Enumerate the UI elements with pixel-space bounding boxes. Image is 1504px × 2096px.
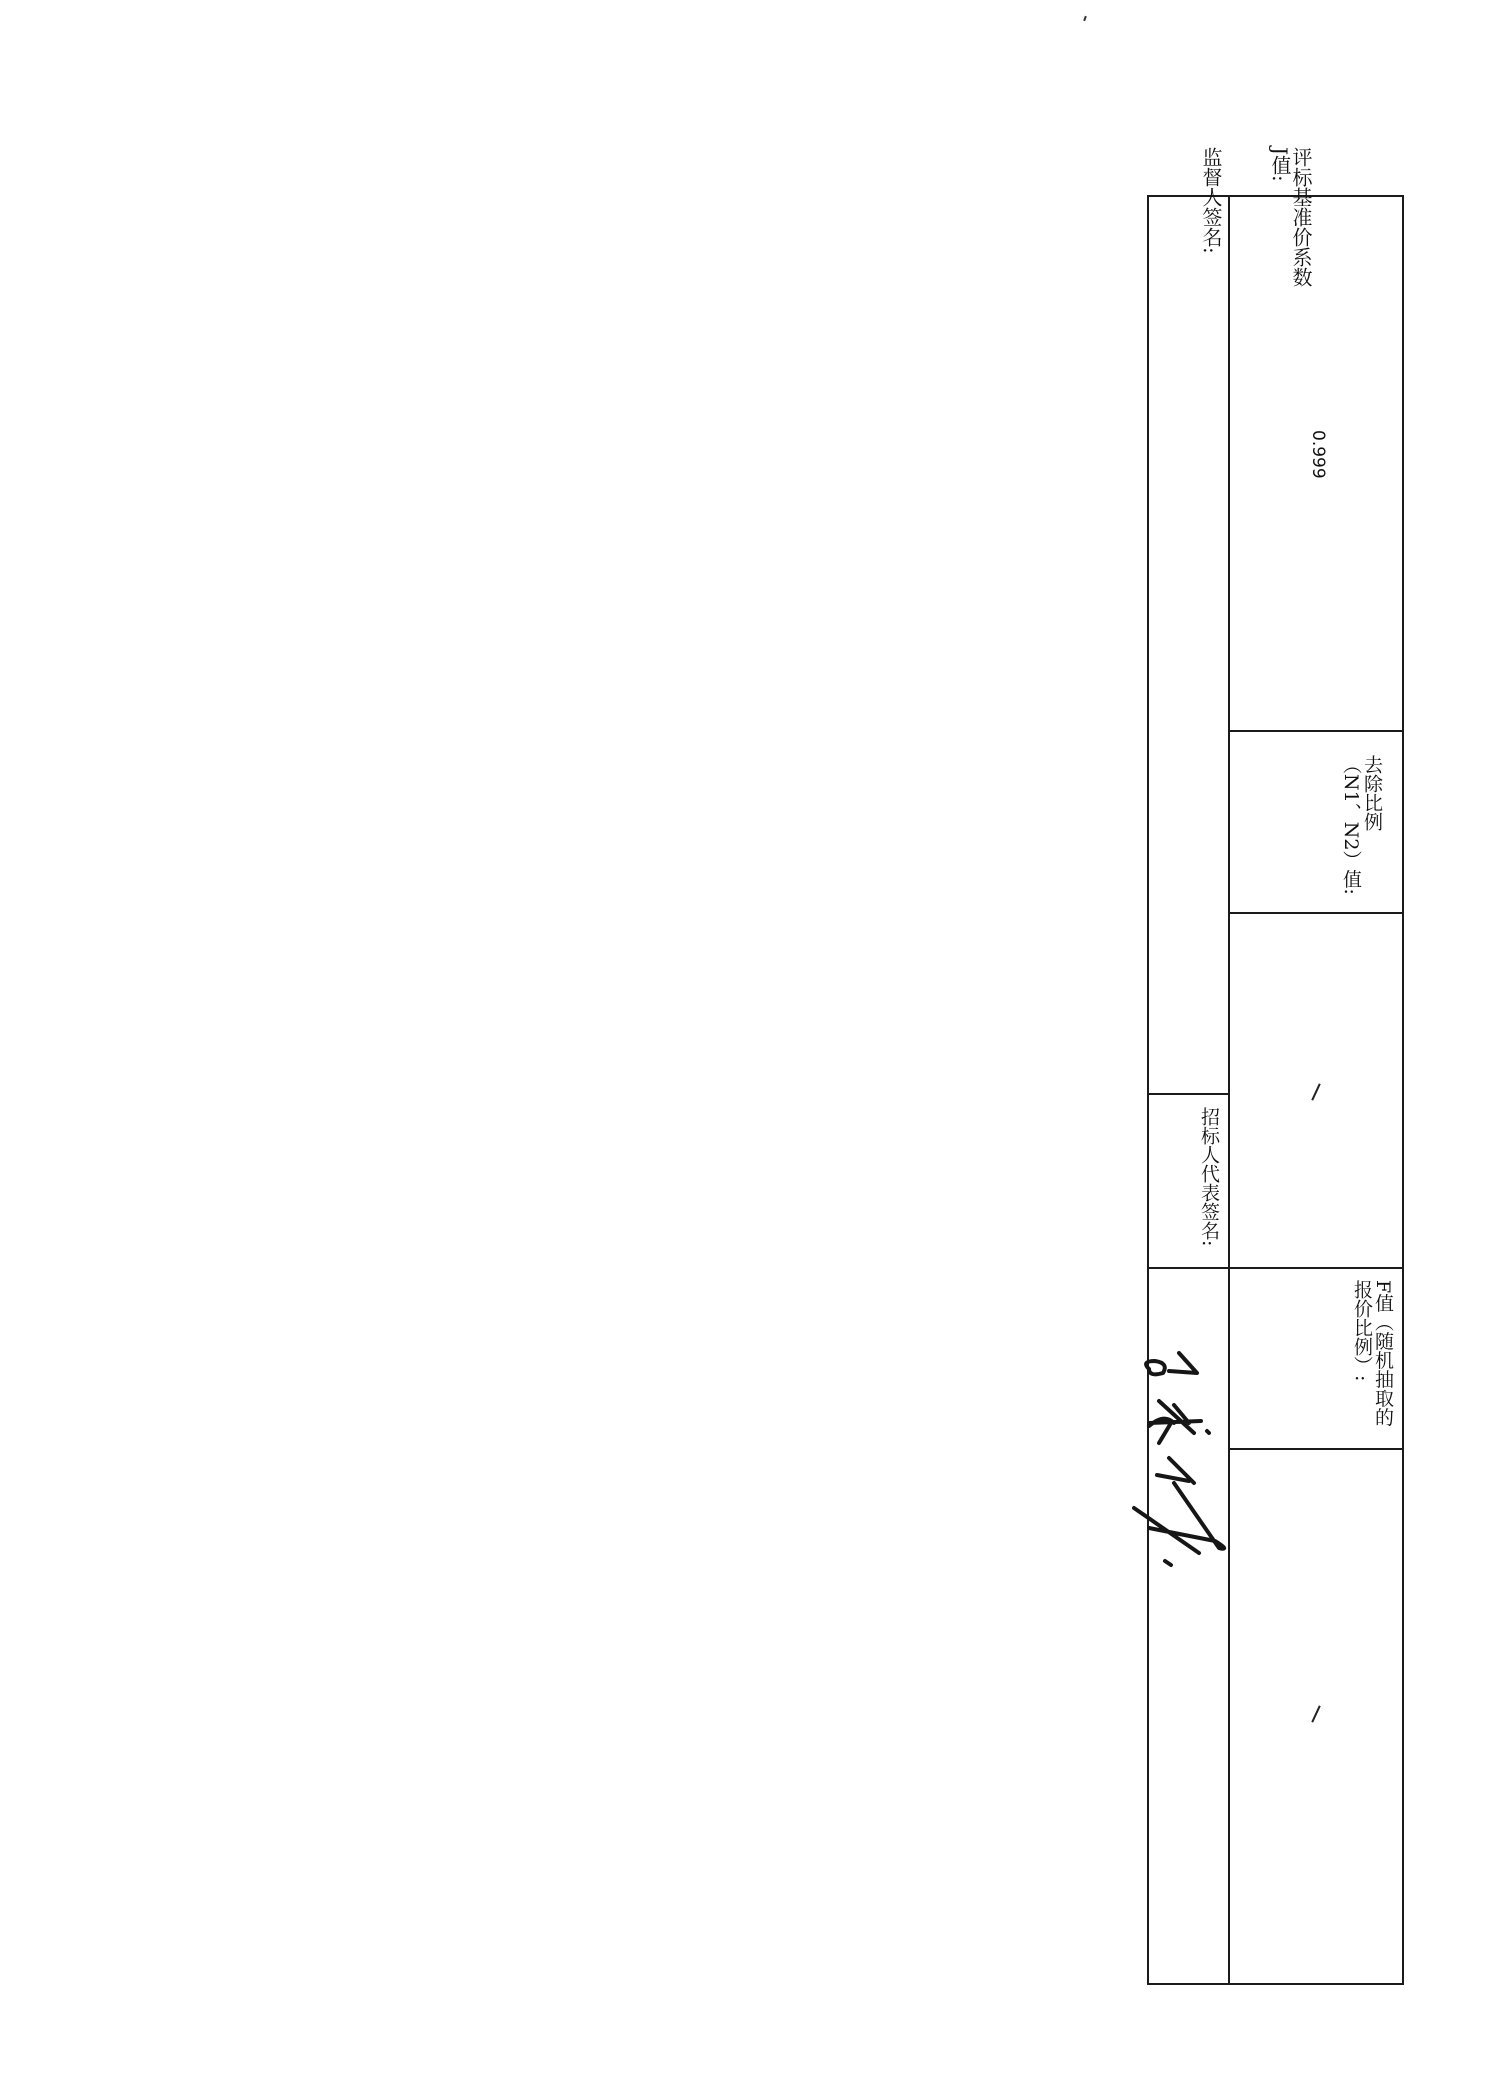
tenderer-representative-signature-label: 招标人代表签名: (1159, 1107, 1219, 1267)
row-divider (1228, 195, 1230, 1985)
exclusion-ratio-label: 去除比例（N1、N2）值: (1272, 755, 1382, 895)
table-border-bottom (1147, 1983, 1404, 1985)
cell-divider (1228, 1448, 1404, 1450)
j-value-label: 评标基准价系数J值: (1237, 147, 1311, 287)
exclusion-ratio-value (1311, 1083, 1320, 1100)
cell-divider (1147, 1267, 1228, 1269)
supervisor-signature-label: 监督人签名: (1161, 147, 1221, 287)
scan-speck (1083, 16, 1087, 21)
bid-evaluation-form-table: 评标基准价系数J值: 0.999 去除比例（N1、N2）值: F值（随机抽取的报… (1147, 195, 1404, 1985)
table-border-right (1402, 195, 1404, 1985)
f-value-label: F值（随机抽取的报价比例）: (1297, 1280, 1393, 1440)
cell-divider (1228, 912, 1404, 914)
j-value: 0.999 (1307, 430, 1328, 479)
cell-divider (1147, 1093, 1228, 1095)
cell-divider (1228, 1267, 1404, 1269)
cell-divider (1228, 730, 1404, 732)
table-border-left (1147, 195, 1149, 1985)
f-value (1311, 1705, 1320, 1722)
handwritten-signature (1119, 1323, 1229, 1603)
